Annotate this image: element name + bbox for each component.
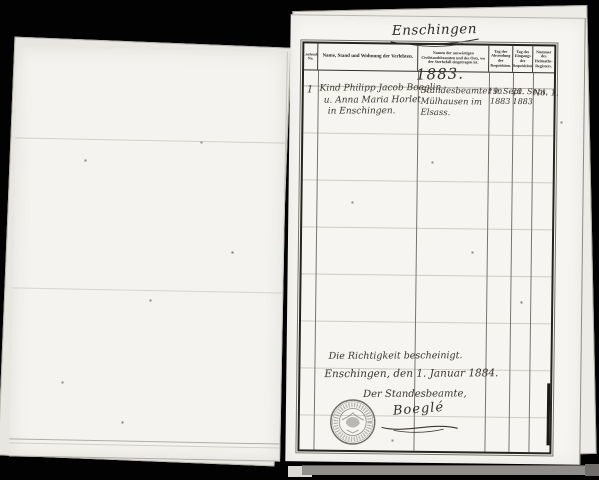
page-title: Enschingen — [392, 21, 477, 39]
official-title-line: Der Standesbeamte, — [363, 388, 467, 400]
entry-register-number: No. 1. — [533, 88, 559, 98]
fold-crease — [15, 137, 285, 143]
scanner-bed-strip-end — [585, 464, 599, 476]
entry-registrar-line: Elsass. — [420, 108, 502, 120]
col-header-name-stand-wohnung: Name, Stand und Wohnung der Verlebten. — [318, 44, 418, 71]
scanned-document: Enschingen Laufende No. Name, Stand und … — [0, 0, 599, 480]
dust-speckles — [0, 0, 1, 1]
table-frame: Laufende No. Name, Stand und Wohnung der… — [297, 41, 556, 454]
scanner-bed-strip — [302, 465, 599, 475]
signature-flourish — [380, 419, 462, 434]
column-rule — [484, 73, 490, 452]
table-body: 1883. 1 Kind Philipp Jacob Boeglin u. An… — [299, 70, 554, 452]
row-rule — [303, 179, 553, 183]
entry-date-received: 20. Sept. 1883 — [512, 87, 534, 107]
row-rule — [302, 226, 552, 230]
official-seal-stamp — [327, 397, 378, 448]
fold-crease — [12, 287, 282, 293]
ink-heavy-border-segment — [546, 383, 550, 445]
entry-date-sent-line: 1883 — [488, 97, 513, 107]
col-header-tag-eingang: Tag des Eingangs der Requisition. — [513, 46, 533, 72]
entry-date-received-line: 1883 — [512, 97, 534, 107]
entry-number: 1 — [307, 84, 314, 95]
column-rule — [528, 73, 534, 452]
row-rule — [301, 320, 551, 324]
row-rule — [302, 273, 552, 277]
certification-line: Die Richtigkeit bescheinigt. — [329, 350, 463, 362]
place-date-line: Enschingen, den 1. Januar 1884. — [324, 367, 498, 380]
register-page: Enschingen Laufende No. Name, Stand und … — [285, 14, 585, 465]
col-header-tag-absendung: Tag der Absendung der Requisition. — [489, 46, 513, 72]
col-header-nummer-heimathsregister: Nummer des Heimaths-Registers. — [533, 46, 554, 72]
col-header-laufende-no: Laufende No. — [304, 43, 318, 69]
entry-date-sent-line: 19. Sept. — [488, 87, 513, 97]
year-heading: 1883. — [416, 65, 464, 84]
row-rule — [303, 132, 553, 136]
column-rule — [508, 73, 514, 452]
left-blank-page — [9, 46, 288, 461]
entry-date-sent: 19. Sept. 1883 — [488, 87, 513, 107]
entry-date-received-line: 20. Sept. — [512, 87, 534, 97]
column-rule — [313, 71, 319, 450]
register-table: Laufende No. Name, Stand und Wohnung der… — [295, 39, 558, 456]
